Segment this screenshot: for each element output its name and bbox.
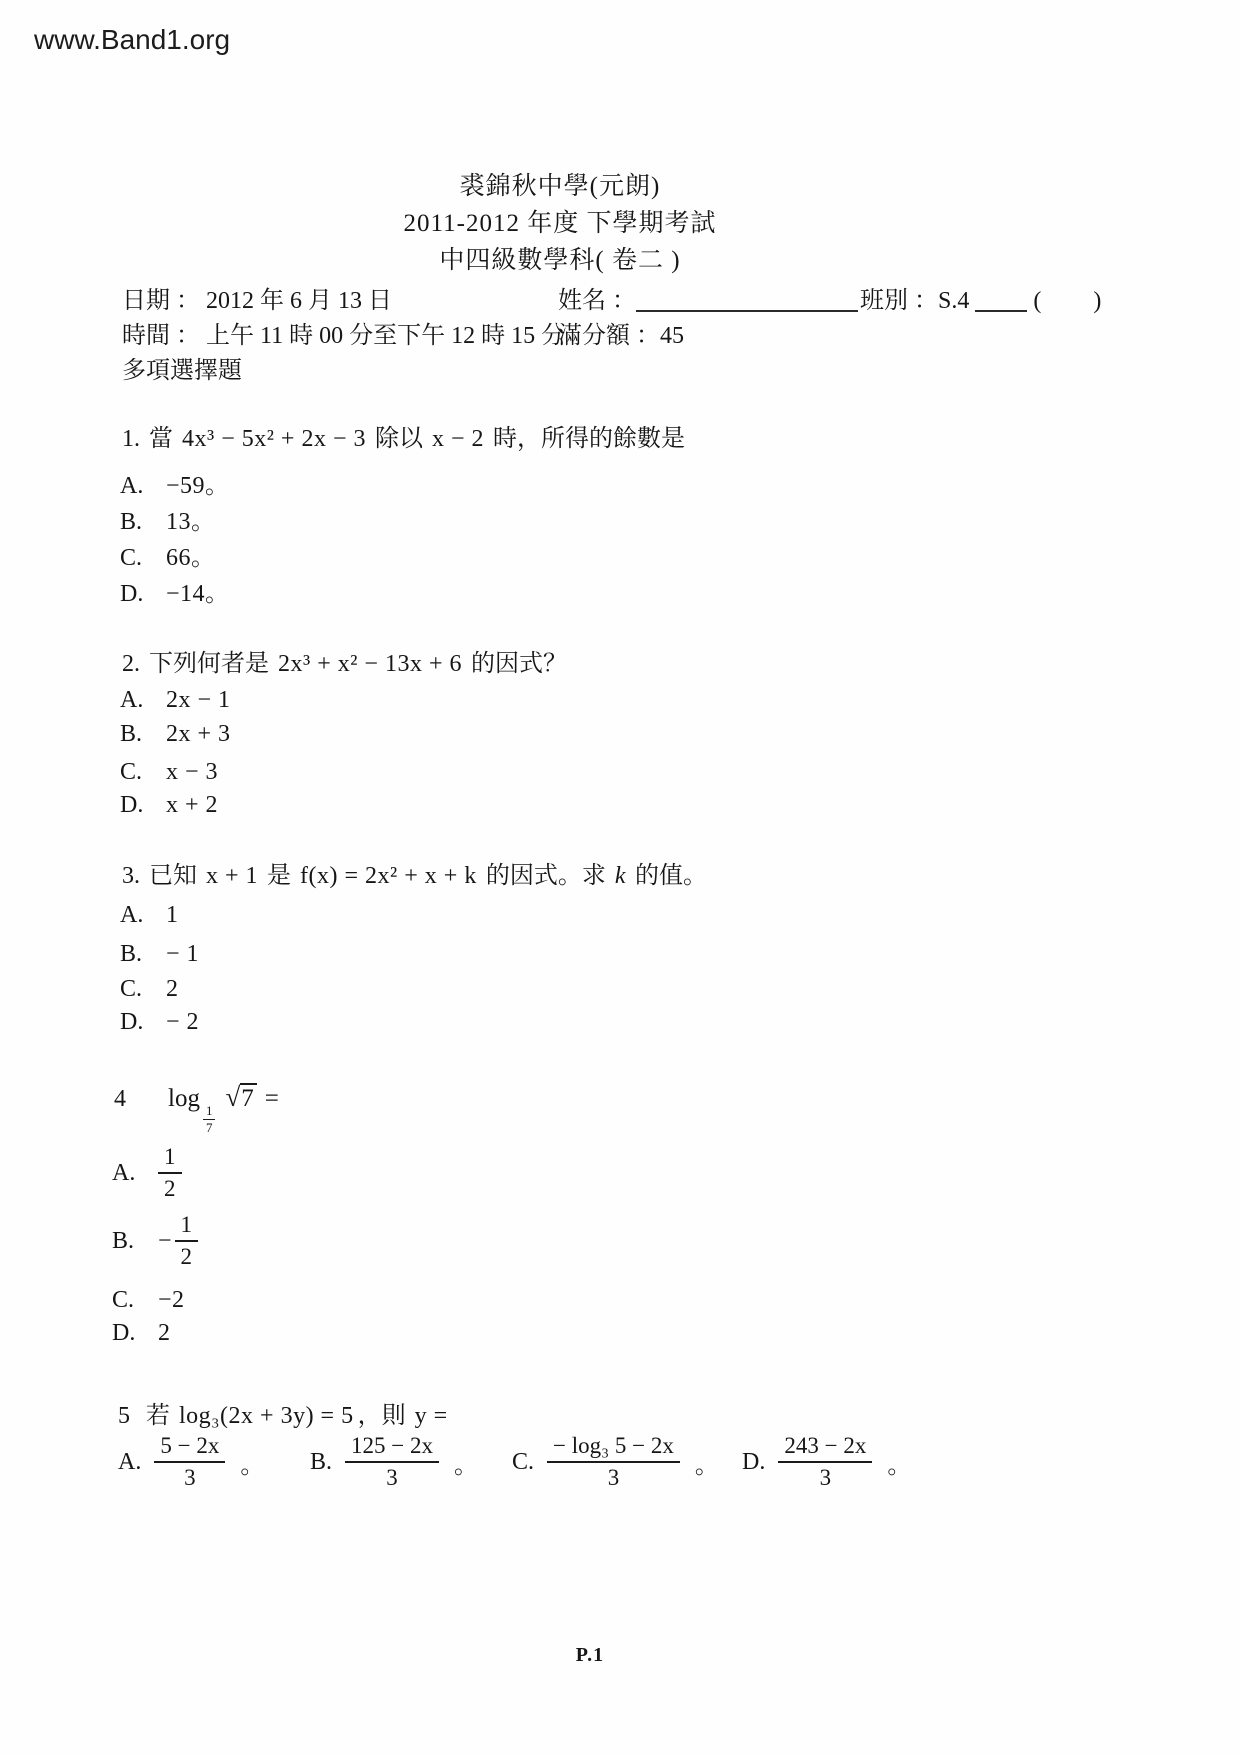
school-name: 裘錦秋中學(元朗) (0, 168, 1120, 205)
fraction-denominator: 3 (154, 1463, 225, 1491)
question-3-text-end: 的值。 (635, 863, 707, 889)
question-1-math-1: 4x³ − 5x² + 2x − 3 (182, 426, 366, 452)
question-3-text-mid: 是 (267, 863, 291, 889)
option-label: B. (310, 1449, 332, 1476)
period-mark: 。 (695, 1445, 719, 1480)
question-2-math: 2x³ + x² − 13x + 6 (278, 651, 462, 677)
question-4-stem: 4log17√7= (114, 1082, 279, 1135)
question-3-math-3: k (615, 863, 626, 889)
question-5: 5若log₃(2x + 3y) = 5，則y = A. 5 − 2x3 。 B.… (0, 1395, 1240, 1525)
question-1-stem: 1.當4x³ − 5x² + 2x − 3除以x − 2時，所得的餘數是 (122, 418, 694, 453)
option-fraction: 12 (158, 1144, 182, 1203)
fraction-numerator: 1 (158, 1144, 182, 1174)
question-3-text: 已知 (149, 863, 197, 889)
question-1: 1.當4x³ − 5x² + 2x − 3除以x − 2時，所得的餘數是 A.−… (0, 418, 1240, 618)
question-2-option-a: A.2x − 1 (120, 687, 231, 714)
option-label: B. (120, 509, 166, 536)
time-label: 時間 ： (122, 323, 200, 349)
name-class-row: 姓名 ：班別 ：S.4() (558, 280, 1101, 315)
class-label: 班別 ：S.4 (860, 288, 969, 314)
question-1-text: 當 (149, 426, 173, 452)
question-3-option-b: B.− 1 (120, 941, 199, 968)
option-label: D. (742, 1449, 765, 1476)
option-label: B. (120, 941, 166, 968)
option-label: A. (112, 1160, 158, 1187)
square-root-expression: √7 (225, 1085, 256, 1112)
option-fraction: 5 − 2x3 (154, 1433, 225, 1492)
question-4: 4log17√7= A. 12 B. − 12 C.−2 D.2 (0, 1082, 1240, 1362)
option-value: 2 (166, 976, 179, 1002)
site-watermark: www.Band1.org (34, 24, 230, 56)
fraction-denominator: 3 (778, 1463, 872, 1491)
log-base-denominator: 7 (203, 1120, 216, 1135)
option-label: B. (112, 1228, 158, 1255)
question-3-stem: 3.已知x + 1是f(x) = 2x² + x + k的因式。求k的值。 (122, 855, 716, 890)
question-1-option-b: B.13。 (120, 501, 216, 536)
question-5-number: 5 (118, 1403, 130, 1429)
option-value: −2 (158, 1287, 185, 1313)
question-3-math-1: x + 1 (206, 863, 258, 889)
option-value: − 1 (166, 941, 199, 967)
question-2: 2.下列何者是2x³ + x² − 13x + 6的因式？ A.2x − 1 B… (0, 643, 1240, 833)
log-word: log (168, 1085, 200, 1112)
time-row: 時間 ： 上午 11 時 00 分至下午 12 時 15 分 (122, 315, 565, 350)
date-value: 2012 年 6 月 13 日 (206, 288, 392, 314)
option-fraction: 243 − 2x3 (778, 1433, 872, 1492)
time-value: 上午 11 時 00 分至下午 12 時 15 分 (206, 323, 565, 349)
option-label: C. (120, 976, 166, 1003)
option-fraction: − log₃ 5 − 2x3 (547, 1433, 680, 1492)
exam-year-line: 2011-2012 年度 下學期考試 (0, 205, 1120, 242)
question-1-option-d: D.−14。 (120, 573, 230, 608)
option-label: A. (120, 687, 166, 714)
fraction-denominator: 3 (345, 1463, 439, 1491)
exam-paper-page: www.Band1.org 裘錦秋中學(元朗) 2011-2012 年度 下學期… (0, 0, 1240, 1754)
subject-line: 中四級數學科( 卷二 ) (0, 242, 1120, 279)
question-2-number: 2. (122, 651, 140, 677)
option-label: A. (120, 902, 166, 929)
question-5-option-a: A. 5 − 2x3 。 (118, 1433, 264, 1492)
question-4-log-expression: log17√7= (168, 1085, 279, 1112)
question-5-math-1: log₃(2x + 3y) = 5 (179, 1403, 354, 1429)
option-label: C. (120, 545, 166, 572)
question-1-option-c: C.66。 (120, 537, 216, 572)
name-blank-field (636, 288, 858, 312)
question-4-option-c: C.−2 (112, 1287, 185, 1314)
option-label: A. (120, 473, 166, 500)
log-base-fraction: 17 (203, 1104, 216, 1136)
log-base-numerator: 1 (203, 1104, 216, 1120)
option-label: C. (112, 1287, 158, 1314)
paren-close: ) (1093, 288, 1101, 314)
option-value: x − 3 (166, 759, 218, 785)
fraction-numerator: 1 (175, 1212, 199, 1242)
period-mark: 。 (887, 1445, 911, 1480)
option-value: 2 (158, 1320, 171, 1346)
question-5-option-c: C. − log₃ 5 − 2x3 。 (512, 1433, 719, 1492)
option-fraction: 125 − 2x3 (345, 1433, 439, 1492)
name-label: 姓名 ： (558, 288, 636, 314)
fraction-denominator: 2 (158, 1174, 182, 1202)
option-label: C. (512, 1449, 534, 1476)
question-5-option-b: B. 125 − 2x3 。 (310, 1433, 478, 1492)
date-label: 日期 ： (122, 288, 200, 314)
paren-open: ( (1033, 288, 1041, 314)
option-label: B. (120, 721, 166, 748)
radicand: 7 (240, 1083, 257, 1112)
question-3-number: 3. (122, 863, 140, 889)
date-row: 日期 ： 2012 年 6 月 13 日 (122, 280, 392, 315)
question-3: 3.已知x + 1是f(x) = 2x² + x + k的因式。求k的值。 A.… (0, 855, 1240, 1045)
question-1-math-2: x − 2 (432, 426, 484, 452)
question-4-option-b: B. − 12 (112, 1212, 198, 1271)
question-3-option-a: A.1 (120, 902, 179, 929)
question-3-option-d: D.− 2 (120, 1009, 199, 1036)
question-5-text: 若 (146, 1403, 170, 1429)
fraction-denominator: 3 (547, 1463, 680, 1491)
fraction-numerator: 125 − 2x (345, 1433, 439, 1463)
exam-title-block: 裘錦秋中學(元朗) 2011-2012 年度 下學期考試 中四級數學科( 卷二 … (0, 168, 1120, 279)
option-label: D. (112, 1320, 158, 1347)
option-label: D. (120, 792, 166, 819)
fraction-denominator: 2 (175, 1242, 199, 1270)
class-blank-field (975, 288, 1027, 312)
option-value: − 2 (166, 1009, 199, 1035)
question-1-number: 1. (122, 426, 140, 452)
minus-sign: − (158, 1228, 172, 1255)
option-value: 1 (166, 902, 179, 928)
option-label: C. (120, 759, 166, 786)
question-2-text: 下列何者是 (149, 651, 269, 677)
question-2-option-d: D.x + 2 (120, 792, 218, 819)
question-1-option-a: A.−59。 (120, 465, 230, 500)
full-marks-label: 滿分額 ：45 (558, 323, 684, 349)
fraction-numerator: − log₃ 5 − 2x (547, 1433, 680, 1463)
option-label: D. (120, 581, 166, 608)
question-5-option-d: D. 243 − 2x3 。 (742, 1433, 911, 1492)
question-2-option-c: C.x − 3 (120, 759, 218, 786)
period-mark: 。 (454, 1445, 478, 1480)
page-number: P.1 (0, 1644, 1180, 1667)
fraction-numerator: 243 − 2x (778, 1433, 872, 1463)
question-3-option-c: C.2 (120, 976, 179, 1003)
option-value: 66。 (166, 545, 216, 571)
equals-sign: = (265, 1085, 279, 1112)
question-4-option-a: A. 12 (112, 1144, 182, 1203)
question-3-text-post: 的因式。求 (486, 863, 606, 889)
option-value: x + 2 (166, 792, 218, 818)
full-marks-row: 滿分額 ：45 (558, 315, 684, 350)
question-1-text-mid: 除以 (375, 426, 423, 452)
option-label: A. (118, 1449, 141, 1476)
option-label: D. (120, 1009, 166, 1036)
option-value: −59。 (166, 473, 230, 499)
question-2-text-post: 的因式？ (471, 651, 567, 677)
question-2-option-b: B.2x + 3 (120, 721, 231, 748)
question-4-number: 4 (114, 1086, 126, 1112)
question-5-math-2: y = (415, 1403, 448, 1429)
question-1-text-post: 時，所得的餘數是 (493, 426, 685, 452)
question-5-stem: 5若log₃(2x + 3y) = 5，則y = (118, 1395, 448, 1430)
question-2-stem: 2.下列何者是2x³ + x² − 13x + 6的因式？ (122, 643, 576, 678)
fraction-numerator: 5 − 2x (154, 1433, 225, 1463)
option-value: 2x − 1 (166, 687, 231, 713)
radical-sign: √ (225, 1082, 240, 1112)
question-4-option-d: D.2 (112, 1320, 171, 1347)
section-title: 多項選擇題 (122, 350, 242, 385)
option-fraction: 12 (175, 1212, 199, 1271)
question-3-math-2: f(x) = 2x² + x + k (300, 863, 477, 889)
period-mark: 。 (240, 1445, 264, 1480)
option-value: 2x + 3 (166, 721, 231, 747)
question-5-text-mid: ，則 (358, 1403, 406, 1429)
option-value: 13。 (166, 509, 216, 535)
option-value: −14。 (166, 581, 230, 607)
